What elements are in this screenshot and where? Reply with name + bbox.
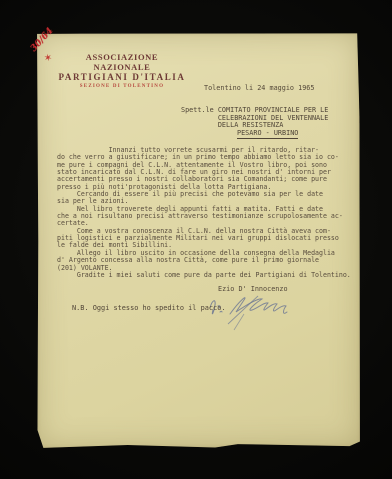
letterhead: ASSOCIAZIONE NAZIONALE PARTIGIANI D'ITAL… [58, 52, 186, 89]
recipient-city: PESARO - URBINO [237, 130, 298, 139]
dateline: Tolentino li 24 maggio 1965 [204, 84, 315, 92]
paragraph: Cercando di essere il più precisi che po… [57, 191, 351, 206]
recipient-block: Spett.le COMITATO PROVINCIALE PER LE CEL… [181, 107, 328, 139]
letterhead-section: SEZIONE DI TOLENTINO [58, 84, 186, 89]
paragraph: Allego il libro uscito in occasione dell… [57, 250, 351, 272]
postscript-note: N.B. Oggi stesso ho spedito il pacco. [72, 304, 226, 312]
paragraph: Gradite i miei saluti come pure da parte… [57, 272, 351, 279]
letter-body: Innanzi tutto vorrete scusarmi per il ri… [57, 147, 351, 279]
paragraph: Come a vostra conoscenza il C.L.N. della… [57, 228, 351, 250]
recipient-lines: Spett.le COMITATO PROVINCIALE PER LE CEL… [181, 107, 328, 130]
paragraph: Nel libro troverete degli appunti fatti … [57, 206, 351, 228]
letterhead-org-line1: ASSOCIAZIONE NAZIONALE [58, 52, 186, 72]
paragraph: Innanzi tutto vorrete scusarmi per il ri… [57, 147, 351, 191]
letterhead-org-line2: PARTIGIANI D'ITALIA [58, 72, 186, 82]
scanned-letter-photo: 30/64 ✶ ASSOCIAZIONE NAZIONALE PARTIGIAN… [0, 0, 392, 479]
